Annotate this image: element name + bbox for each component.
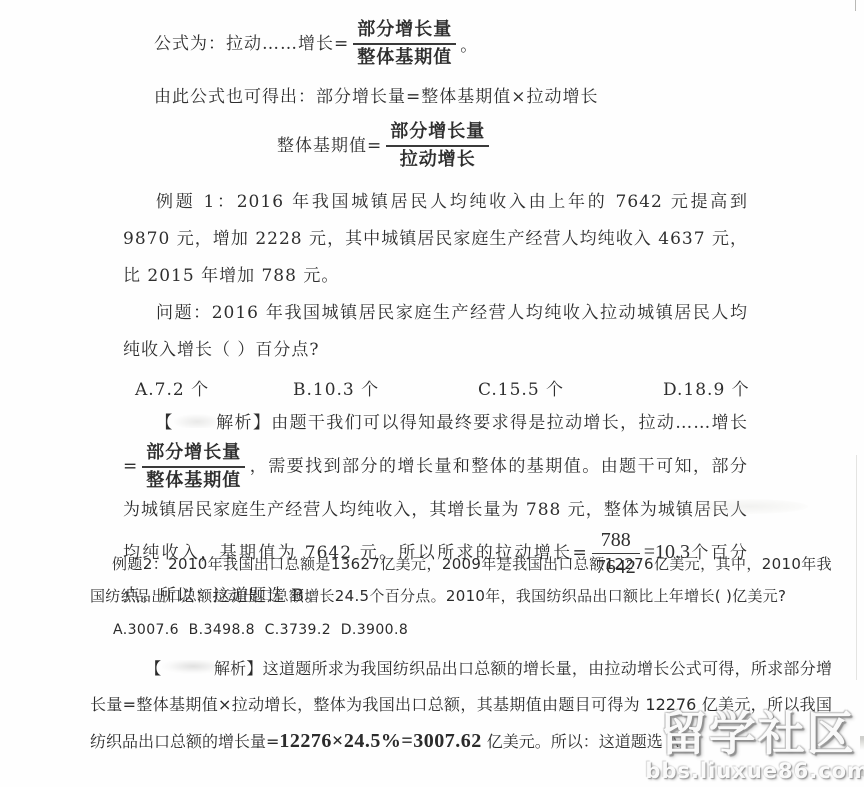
redacted-logo-blur <box>162 660 214 674</box>
fraction-denominator: 拉动增长 <box>386 147 489 171</box>
formula-base-value: 整体基期值= 部分增长量 拉动增长 <box>277 120 748 172</box>
example2-options: A.3007.6 B.3498.8 C.3739.2 D.3900.8 <box>113 622 832 638</box>
analysis2-formula: 12276×24.5%=3007.62 <box>279 730 481 752</box>
fraction-numerator: 部分增长量 <box>142 442 245 468</box>
fraction-denominator: 整体基期值 <box>353 45 456 69</box>
analysis-label: 解析】 <box>214 659 263 678</box>
example1-options: A.7.2 个 B.10.3 个 C.15.5 个 D.18.9 个 <box>123 372 748 400</box>
fraction-part-over-pull: 部分增长量 拉动增长 <box>386 121 489 171</box>
option-c: C.15.5 个 <box>478 372 564 408</box>
formula-prefix: 整体基期值= <box>277 128 382 164</box>
formula-period: 。 <box>460 28 478 70</box>
bracket-open: 【 <box>155 413 174 433</box>
section-example2: 例题2：2010年我国出口总额是13627亿美元，2009年是我国出口总额122… <box>90 548 832 760</box>
option-b: B.10.3 个 <box>293 372 379 408</box>
analysis-label: 解析】 <box>216 413 271 433</box>
scan-edge-line <box>856 455 857 680</box>
scan-corner-mark <box>855 0 856 11</box>
fraction-denominator: 整体基期值 <box>142 468 245 492</box>
redacted-logo-blur <box>174 414 216 428</box>
fraction-part-over-base: 部分增长量 整体基期值 <box>353 19 456 69</box>
erased-watermark-smudge <box>693 499 808 514</box>
example2-body: 例题2：2010年我国出口总额是13627亿美元，2009年是我国出口总额122… <box>90 548 832 612</box>
option-a: A.7.2 个 <box>135 372 209 408</box>
option-d: D.18.9 个 <box>663 372 750 408</box>
scan-edge-fragment <box>860 736 864 750</box>
watermark-site-url: bbs.liuxue86.com <box>645 759 864 783</box>
formula-pull-growth: 公式为：拉动……增长= 部分增长量 整体基期值 。 <box>154 18 748 70</box>
fraction-numerator: 部分增长量 <box>353 19 456 45</box>
fraction-part-over-base: 部分增长量整体基期值 <box>142 442 245 492</box>
derived-formula-line: 由此公式也可得出：部分增长量=整体基期值×拉动增长 <box>154 86 748 108</box>
section-pull-growth: 公式为：拉动……增长= 部分增长量 整体基期值 。 由此公式也可得出：部分增长量… <box>123 18 748 615</box>
analysis2-paragraph: 【解析】这道题所求为我国纺织品出口总额的增长量，由拉动增长公式可得，所求部分增长… <box>90 651 832 760</box>
document-page: 公式为：拉动……增长= 部分增长量 整体基期值 。 由此公式也可得出：部分增长量… <box>0 0 864 787</box>
bracket-open: 【 <box>145 659 162 678</box>
fraction-numerator: 部分增长量 <box>386 121 489 147</box>
analysis2-text-2: 亿美元。所以：这道题选 A。 <box>482 732 695 751</box>
formula-prefix: 公式为：拉动……增长= <box>154 26 349 62</box>
example1-question: 问题：2016 年我国城镇居民家庭生产经营人均纯收入拉动城镇居民人均纯收入增长（… <box>123 295 748 369</box>
example1-body: 例题 1：2016 年我国城镇居民人均纯收入由上年的 7642 元提高到 987… <box>123 184 748 295</box>
